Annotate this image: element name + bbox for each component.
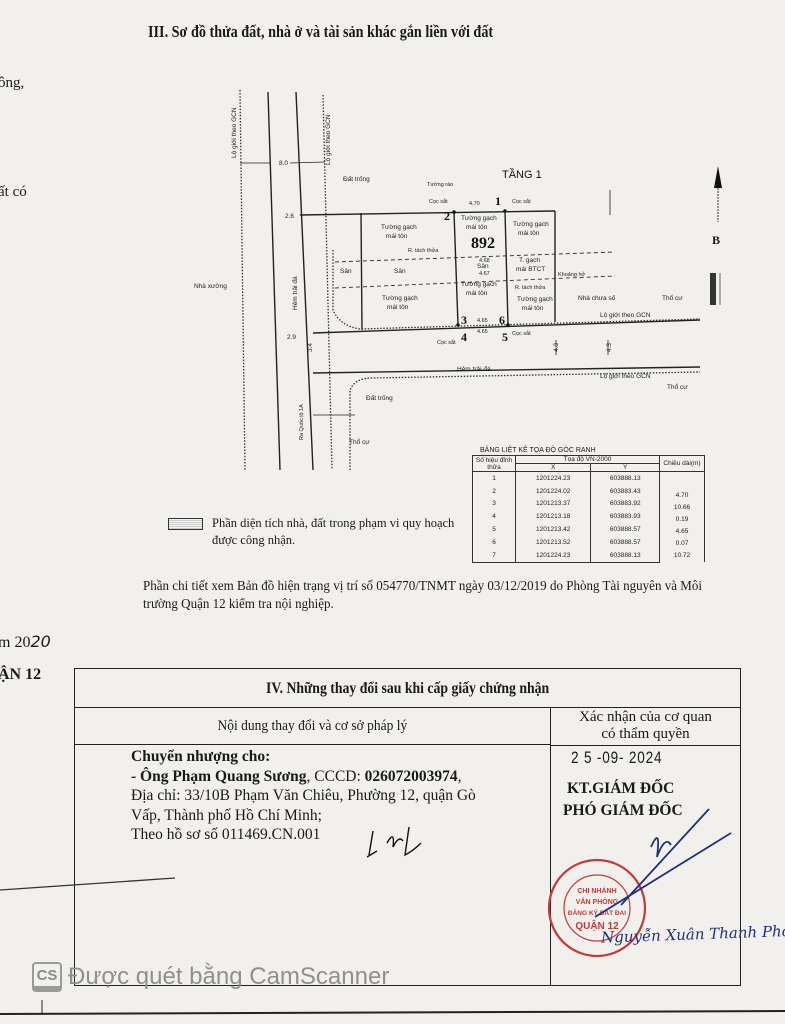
header-y: Y: [591, 464, 660, 472]
coord-cell-x: 1201224.02: [516, 485, 591, 498]
dim-road-width: 8.0: [279, 160, 288, 167]
alley-label: Hẻm trải đá: [292, 276, 299, 310]
signature-icon: [591, 805, 741, 925]
coord-cell-y: 603888.57: [591, 536, 660, 549]
vertex-label: 6: [499, 313, 505, 327]
coord-cell-y: 603888.13: [591, 472, 660, 485]
dim-edge: 4.65: [477, 318, 488, 324]
edge-length: 4.65: [662, 526, 702, 538]
boundary-label: Lộ giới theo GCN: [325, 114, 332, 165]
vertex-label: 3: [461, 313, 467, 327]
dim-road-width: 4.3: [606, 343, 613, 352]
yard-label: Sân: [340, 268, 352, 275]
detail-note: Phần chi tiết xem Bản đồ hiện trạng vị t…: [143, 578, 738, 614]
empty-land-label: Đất trống: [343, 174, 370, 183]
page-edge-line: [0, 1000, 785, 1024]
edge-length: 10.66: [662, 502, 702, 514]
coord-cell-y: 603888.57: [591, 523, 660, 536]
stake-label: Cọc sắt: [512, 330, 531, 337]
region-label: mái tôn: [466, 290, 488, 297]
region-label: mái tôn: [518, 230, 540, 237]
yard-label: Sân: [477, 263, 489, 270]
boundary-label: Lộ giới theo GCN: [231, 107, 238, 158]
coord-cell-id: 2: [473, 485, 516, 498]
coord-cell-id: 4: [473, 510, 516, 523]
vertex-label: 4: [461, 330, 467, 344]
legend-swatch: [168, 518, 203, 530]
handwritten-year: 20: [30, 632, 50, 651]
camscanner-logo-icon: CS: [32, 962, 62, 992]
coord-cell-y: 603883.92: [591, 498, 660, 511]
section-iv-title: IV. Những thay đổi sau khi cấp giấy chứn…: [75, 669, 740, 708]
signer-title: KT.GIÁM ĐỐC: [567, 780, 674, 798]
transferee-line: - Ông Phạm Quang Sương, CCCD: 0260720039…: [131, 767, 476, 787]
coord-cell-id: 5: [473, 523, 516, 536]
residential-label: Thổ cư: [662, 294, 683, 302]
coord-cell-x: 1201213.42: [516, 523, 591, 536]
residential-label: Thổ cư: [667, 383, 688, 391]
coordinate-table: Số hiệu đỉnh thửa Tọa độ VN-2000 Chiều d…: [472, 455, 705, 563]
coord-lengths: 4.7010.660.194.650.0710.72: [660, 472, 705, 563]
stake-label: Cọc sắt: [512, 198, 531, 205]
coord-cell-id: 7: [473, 549, 516, 562]
coord-table-title: BẢNG LIỆT KÊ TỌA ĐỘ GÓC RANH: [480, 447, 596, 454]
header-x: X: [516, 464, 591, 472]
region-label: Tường gạch: [517, 296, 553, 303]
region-label: mái BTCT: [516, 266, 545, 273]
alley-label: Hẻm trải đá: [457, 366, 491, 373]
region-label: mái tôn: [466, 224, 488, 231]
coord-cell-x: 1201213.52: [516, 536, 591, 549]
header-system: Tọa độ VN-2000: [516, 456, 660, 464]
vertex-label: 5: [502, 330, 508, 344]
region-label: mái tôn: [522, 305, 544, 312]
address-line: Địa chỉ: 33/10B Phạm Văn Chiêu, Phường 1…: [131, 786, 476, 806]
confirm-date: 2 5 -09- 2024: [571, 748, 662, 768]
dim-edge: 4.65: [477, 329, 488, 335]
boundary-label: Lộ giới theo GCN: [600, 373, 651, 380]
coord-cell-id: 3: [473, 498, 516, 511]
edge-note: R. tách thửa: [408, 247, 439, 254]
region-label: T. gạch: [519, 257, 540, 264]
dim-road-width: 2.6: [285, 213, 294, 220]
house-label: Nhà chưa số: [578, 293, 616, 302]
dim-edge: 4.67: [479, 271, 490, 277]
coord-cell-id: 1: [473, 472, 516, 485]
region-label: Tường gạch: [461, 215, 497, 222]
wall-label: Tường rào: [427, 182, 453, 188]
transfer-heading: Chuyển nhượng cho:: [131, 747, 476, 767]
floor-label: TẦNG 1: [502, 168, 542, 181]
legend-text: Phần diện tích nhà, đất trong phạm vi qu…: [212, 515, 462, 549]
coord-cell-y: 603883.93: [591, 510, 660, 523]
edge-note: R. tách thửa: [515, 284, 546, 291]
yard-label: Sân: [394, 268, 406, 275]
camscanner-watermark: CS Được quét bằng CamScanner: [32, 962, 389, 992]
dim-road-width: 3.4: [307, 343, 314, 352]
edge-length: 0.07: [662, 538, 702, 550]
header-vertex: Số hiệu đỉnh thửa: [473, 456, 516, 472]
initials-signature-icon: [365, 821, 435, 861]
coord-row: 11201224.23603888.134.7010.660.194.650.0…: [473, 472, 705, 485]
column-header-confirm: Xác nhận của cơ quan có thẩm quyền: [551, 708, 740, 746]
stake-label: Cọc sắt: [429, 198, 448, 205]
region-label: Tường gạch: [381, 224, 417, 231]
region-label: Tường gạch: [382, 295, 418, 302]
boundary-label: Lộ giới theo GCN: [600, 312, 651, 319]
dim-road-width: 4.3: [553, 343, 560, 352]
vertex-label: 1: [495, 194, 501, 208]
left-margin-fragment: m 2020: [0, 632, 51, 652]
column-header-content: Nội dung thay đổi và cơ sở pháp lý: [75, 708, 551, 745]
coord-cell-x: 1201213.18: [516, 510, 591, 523]
edge-length: 4.70: [662, 490, 702, 502]
coord-cell-y: 603883.43: [591, 485, 660, 498]
section-iv-table: IV. Những thay đổi sau khi cấp giấy chứn…: [74, 668, 741, 986]
empty-land-label: Đất trống: [366, 393, 393, 402]
north-label: B: [712, 233, 720, 248]
header-length: Chiều dài(m): [660, 456, 705, 472]
watermark-text: Được quét bằng CamScanner: [68, 963, 389, 991]
edge-length: 10.72: [662, 550, 702, 562]
stake-label: Cọc sắt: [437, 339, 456, 346]
coord-cell-x: 1201213.37: [516, 498, 591, 511]
coord-cell-x: 1201224.23: [516, 472, 591, 485]
region-label: Tường gạch: [513, 221, 549, 228]
residential-label: Thổ cư: [349, 438, 370, 446]
dim-road-width: 2.9: [287, 334, 296, 341]
authority-confirm-cell: 2 5 -09- 2024 KT.GIÁM ĐỐC PHÓ GIÁM ĐỐC C…: [551, 745, 740, 985]
edge-length: 0.19: [662, 514, 702, 526]
page-edge-line: [0, 860, 180, 900]
region-label: Tường gạch: [461, 281, 497, 288]
vertex-label: 2: [444, 209, 450, 223]
region-label: mái tôn: [387, 304, 409, 311]
coord-cell-x: 1201224.23: [516, 549, 591, 562]
region-label: mái tôn: [386, 233, 408, 240]
workshop-label: Nhà xưởng: [194, 282, 227, 290]
parcel-number: 892: [471, 235, 495, 252]
left-margin-fragment: ẬN 12: [0, 666, 41, 684]
coord-cell-y: 603888.13: [591, 549, 660, 562]
dim-edge: 4.70: [469, 201, 480, 207]
gap-label: Khoảng hở: [558, 271, 586, 278]
highway-label: Ra Quốc lộ 1A: [299, 404, 305, 440]
coord-cell-id: 6: [473, 536, 516, 549]
